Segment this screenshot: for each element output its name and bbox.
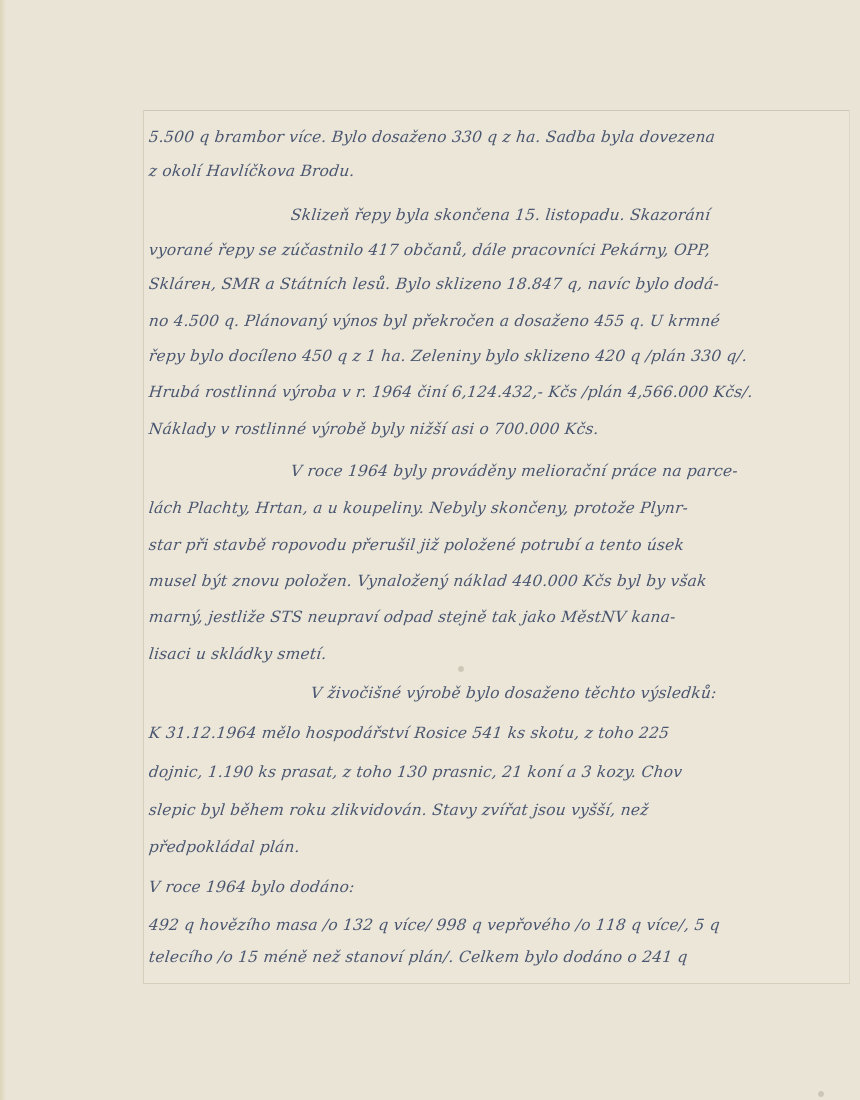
text-line-1: 5.500 q brambor více. Bylo dosaženo 330 … — [148, 128, 850, 146]
text-line-19: slepic byl během roku zlikvidován. Stavy… — [148, 801, 850, 819]
text-line-16: V živočišné výrobě bylo dosaženo těchto … — [310, 684, 860, 702]
text-line-11: lách Plachty, Hrtan, a u koupeliny. Neby… — [148, 499, 850, 517]
text-line-13: musel být znovu položen. Vynaložený nákl… — [148, 572, 850, 590]
text-line-4: vyorané řepy se zúčastnilo 417 občanů, d… — [148, 241, 850, 259]
text-line-18: dojnic, 1.190 ks prasat, z toho 130 pras… — [148, 763, 850, 781]
text-line-3: Sklizeň řepy byla skončena 15. listopadu… — [290, 206, 860, 224]
text-line-23: telecího /o 15 méně než stanoví plán/. C… — [148, 948, 850, 966]
text-line-22: 492 q hovězího masa /o 132 q více/ 998 q… — [148, 916, 850, 934]
text-line-5: Sklárен, SMR a Státních lesů. Bylo skliz… — [148, 275, 850, 293]
text-line-20: předpokládal plán. — [148, 838, 850, 856]
text-line-17: K 31.12.1964 mělo hospodářství Rosice 54… — [148, 724, 850, 742]
text-line-12: star při stavbě ropovodu přerušil již po… — [148, 536, 850, 554]
text-line-8: Hrubá rostlinná výroba v r. 1964 činí 6,… — [148, 383, 850, 401]
text-line-15: lisaci u skládky smetí. — [148, 645, 850, 663]
text-line-21: V roce 1964 bylo dodáno: — [148, 878, 850, 896]
ink-smudge — [458, 666, 464, 672]
paper-mark — [818, 1091, 824, 1097]
text-line-7: řepy bylo docíleno 450 q z 1 ha. Zelenin… — [148, 347, 850, 365]
text-line-2: z okolí Havlíčkova Brodu. — [148, 162, 850, 180]
text-line-6: no 4.500 q. Plánovaný výnos byl překroče… — [148, 312, 850, 330]
page-edge — [0, 0, 6, 1100]
text-line-10: V roce 1964 byly prováděny meliorační pr… — [290, 462, 860, 480]
text-line-14: marný, jestliže STS neupraví odpad stejn… — [148, 608, 850, 626]
text-line-9: Náklady v rostlinné výrobě byly nižší as… — [148, 420, 850, 438]
